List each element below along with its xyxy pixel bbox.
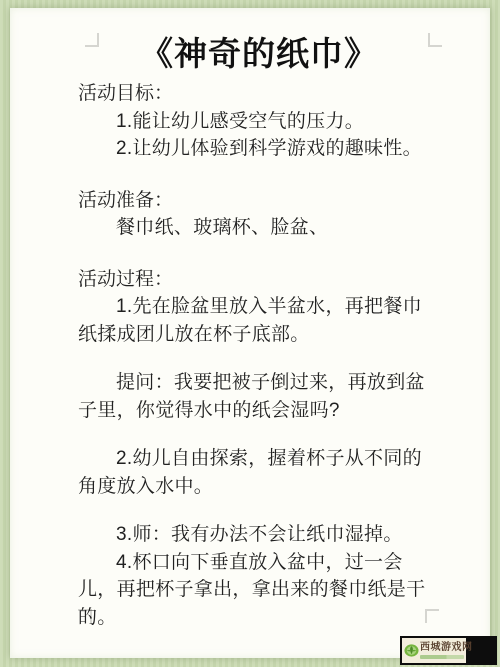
section-heading: 活动目标： xyxy=(78,80,440,108)
section-heading: 活动过程： xyxy=(78,266,440,294)
watermark-site-name: 西城游戏网 xyxy=(420,642,464,654)
paragraph: 4.杯口向下垂直放入盆中，过一会儿，再把杯子拿出，拿出来的餐巾纸是干的。 xyxy=(78,549,440,632)
document-page: 《神奇的纸巾》 活动目标： 1.能让幼儿感受空气的压力。 2.让幼儿体验到科学游… xyxy=(10,8,490,658)
paragraph: 2.幼儿自由探索，握着杯子从不同的角度放入水中。 xyxy=(78,445,440,500)
page-title: 《神奇的纸巾》 xyxy=(78,34,440,74)
section-activity-process: 活动过程： 1.先在脸盆里放入半盆水，再把餐巾纸揉成团儿放在杯子底部。 提问：我… xyxy=(78,266,440,632)
paragraph: 2.让幼儿体验到科学游戏的趣味性。 xyxy=(78,135,440,163)
watermark-leaf-icon xyxy=(404,643,419,658)
paragraph: 1.能让幼儿感受空气的压力。 xyxy=(78,108,440,136)
site-watermark: 西城游戏网 xyxy=(400,636,497,665)
section-activity-goals: 活动目标： 1.能让幼儿感受空气的压力。 2.让幼儿体验到科学游戏的趣味性。 xyxy=(78,80,440,163)
watermark-url-line xyxy=(420,655,464,659)
paragraph: 1.先在脸盆里放入半盆水，再把餐巾纸揉成团儿放在杯子底部。 xyxy=(78,293,440,348)
section-heading: 活动准备： xyxy=(78,187,440,215)
document-content: 《神奇的纸巾》 活动目标： 1.能让幼儿感受空气的压力。 2.让幼儿体验到科学游… xyxy=(10,8,490,631)
watermark-panel: 西城游戏网 xyxy=(402,638,466,663)
watermark-text-column: 西城游戏网 xyxy=(420,642,464,659)
paragraph: 3.师：我有办法不会让纸巾湿掉。 xyxy=(78,521,440,549)
paragraph: 餐巾纸、玻璃杯、脸盆、 xyxy=(78,214,440,242)
section-activity-preparation: 活动准备： 餐巾纸、玻璃杯、脸盆、 xyxy=(78,187,440,242)
paragraph: 提问：我要把被子倒过来，再放到盆子里，你觉得水中的纸会湿吗? xyxy=(78,369,440,424)
screenshot-canvas: { "doc": { "title": "《神奇的纸巾》", "sections… xyxy=(0,0,500,667)
